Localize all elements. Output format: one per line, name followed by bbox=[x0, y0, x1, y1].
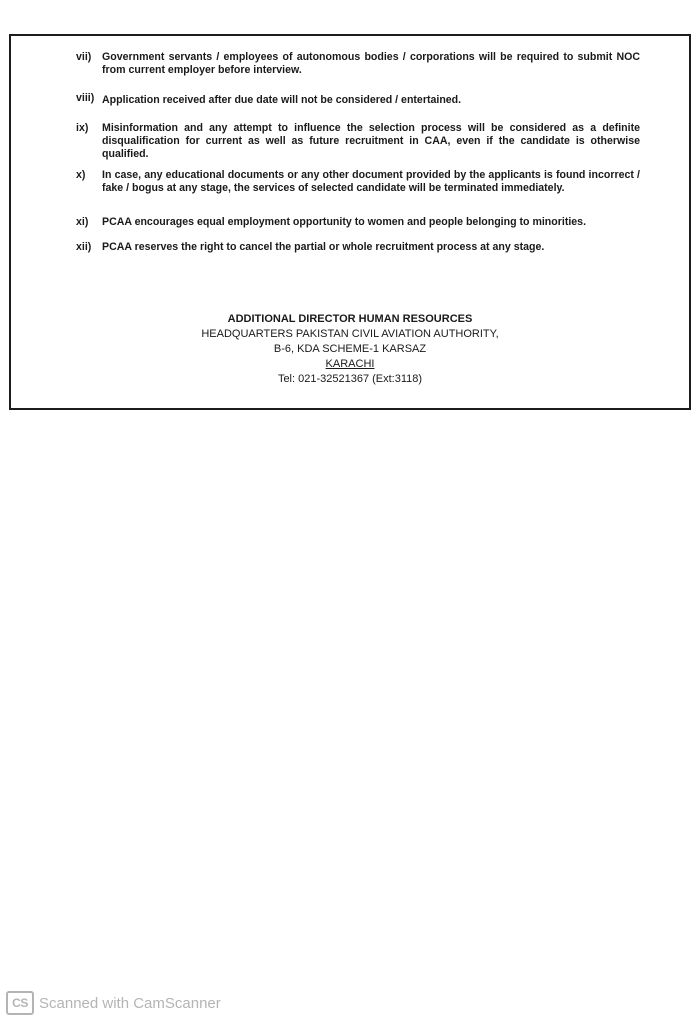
address-city: KARACHI bbox=[9, 357, 691, 372]
clause-text: In case, any educational documents or an… bbox=[102, 169, 640, 195]
clause-number: vii) bbox=[76, 51, 102, 64]
camscanner-logo-icon: CS bbox=[6, 991, 34, 1015]
clause-number: x) bbox=[76, 169, 102, 182]
address-line-1: HEADQUARTERS PAKISTAN CIVIL AVIATION AUT… bbox=[9, 327, 691, 342]
camscanner-watermark: CS Scanned with CamScanner bbox=[6, 991, 221, 1015]
clause-viii: viii) Application received after due dat… bbox=[76, 94, 640, 107]
clause-number: xii) bbox=[76, 241, 102, 254]
address-line-2: B-6, KDA SCHEME-1 KARSAZ bbox=[9, 342, 691, 357]
clause-text: Misinformation and any attempt to influe… bbox=[102, 122, 640, 161]
clause-ix: ix) Misinformation and any attempt to in… bbox=[76, 122, 640, 161]
clause-vii: vii) Government servants / employees of … bbox=[76, 51, 640, 77]
clause-xii: xii) PCAA reserves the right to cancel t… bbox=[76, 241, 640, 254]
clause-number: xi) bbox=[76, 216, 102, 229]
signature-block: ADDITIONAL DIRECTOR HUMAN RESOURCES HEAD… bbox=[9, 312, 691, 387]
clause-x: x) In case, any educational documents or… bbox=[76, 169, 640, 195]
clause-text: PCAA encourages equal employment opportu… bbox=[102, 216, 640, 229]
clause-text: PCAA reserves the right to cancel the pa… bbox=[102, 241, 640, 254]
clause-number: ix) bbox=[76, 122, 102, 135]
signatory-title: ADDITIONAL DIRECTOR HUMAN RESOURCES bbox=[9, 312, 691, 327]
clause-text: Application received after due date will… bbox=[102, 94, 640, 107]
clause-xi: xi) PCAA encourages equal employment opp… bbox=[76, 216, 640, 229]
clause-text: Government servants / employees of auton… bbox=[102, 51, 640, 77]
clause-number: viii) bbox=[76, 92, 102, 105]
watermark-text: Scanned with CamScanner bbox=[39, 995, 221, 1012]
telephone: Tel: 021-32521367 (Ext:3118) bbox=[9, 372, 691, 387]
